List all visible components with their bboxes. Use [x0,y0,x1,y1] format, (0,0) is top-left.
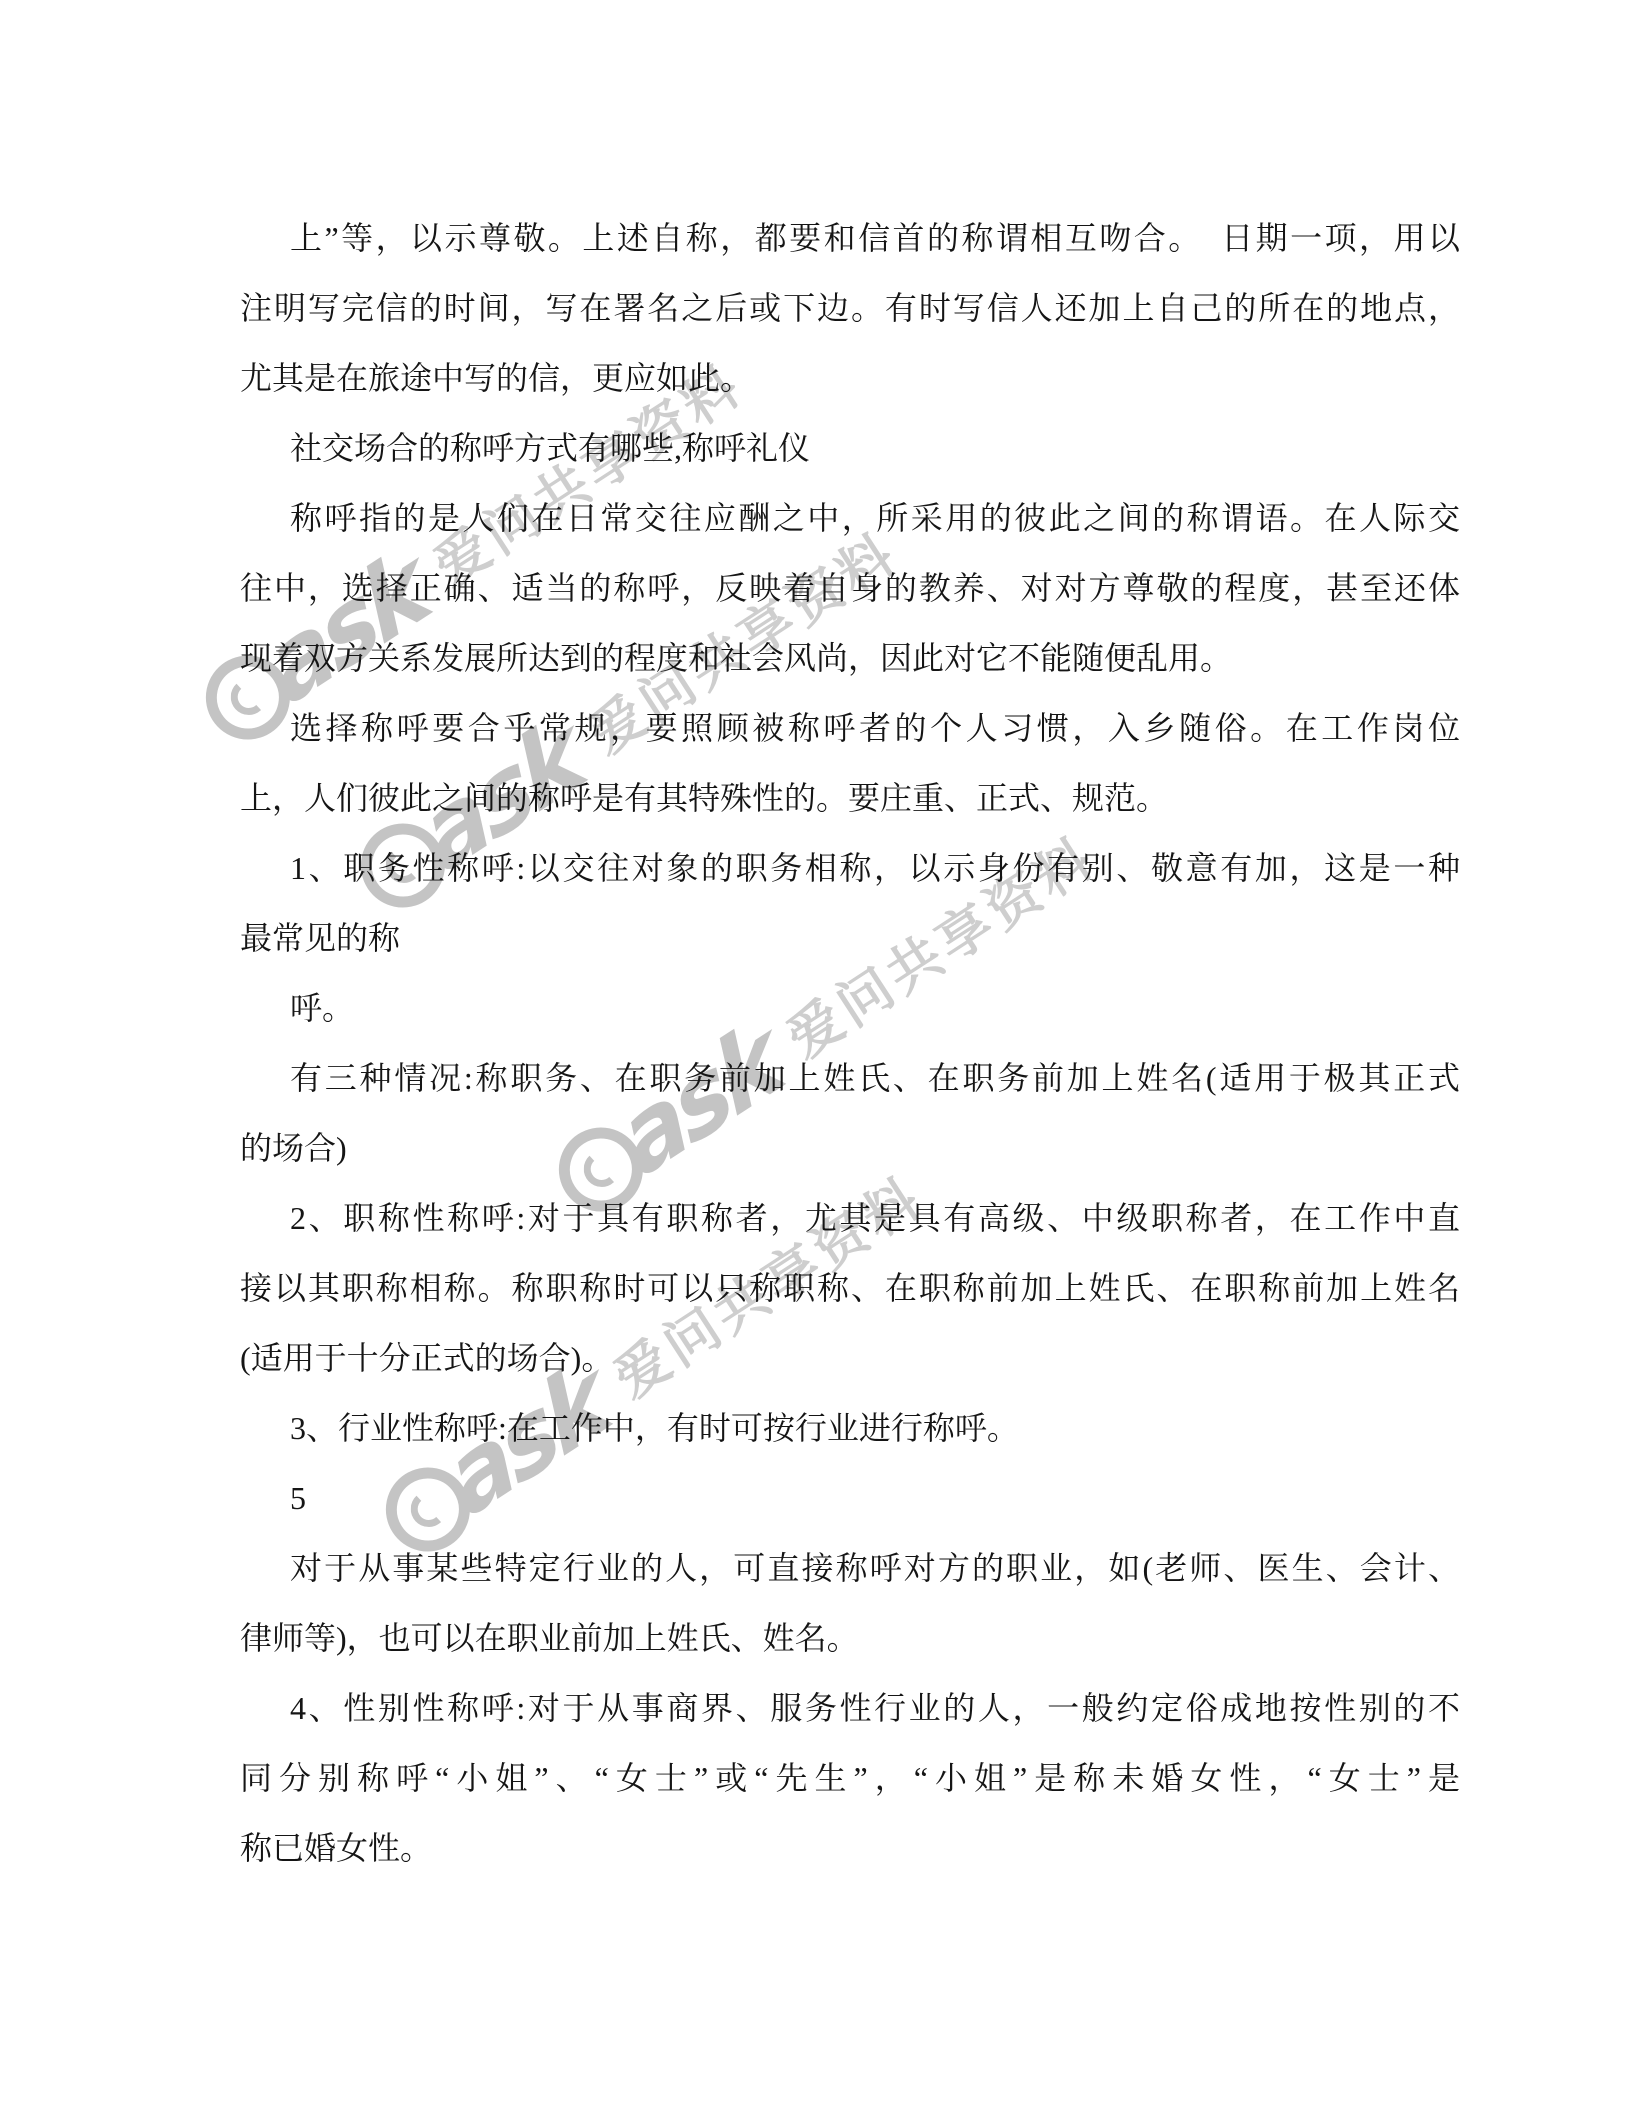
list-item-line: 3、行业性称呼:在工作中，有时可按行业进行称呼。 [240,1393,1460,1463]
text-line: (适用于十分正式的场合)。 [240,1323,1460,1393]
list-item-line: 4、性别性称呼:对于从事商界、服务性行业的人，一般约定俗成地按性别的不 [240,1673,1460,1743]
text-line: 注明写完信的时间，写在署名之后或下边。有时写信人还加上自己的所在的地点， [240,273,1460,343]
text-line: 同分别称呼“小姐”、“女士”或“先生”，“小姐”是称未婚女性，“女士”是 [240,1743,1460,1813]
text-line: 称已婚女性。 [240,1813,1460,1883]
section-title-line: 社交场合的称呼方式有哪些,称呼礼仪 [240,413,1460,483]
text-line: 接以其职称相称。称职称时可以只称职称、在职称前加上姓氏、在职称前加上姓名 [240,1253,1460,1323]
text-line: 有三种情况:称职务、在职务前加上姓氏、在职务前加上姓名(适用于极其正式 [240,1043,1460,1113]
text-line: 最常见的称 [240,903,1460,973]
text-line: 呼。 [240,973,1460,1043]
document-text: 上”等，以示尊敬。上述自称，都要和信首的称谓相互吻合。 日期一项，用以注明写完信… [240,203,1460,1883]
text-line: 的场合) [240,1113,1460,1183]
list-item-line: 1、职务性称呼:以交往对象的职务相称，以示身份有别、敬意有加，这是一种 [240,833,1460,903]
page-number-line: 5 [240,1463,1460,1533]
text-line: 称呼指的是人们在日常交往应酬之中，所采用的彼此之间的称谓语。在人际交 [240,483,1460,553]
text-line: 对于从事某些特定行业的人，可直接称呼对方的职业，如(老师、医生、会计、 [240,1533,1460,1603]
text-line: 律师等)，也可以在职业前加上姓氏、姓名。 [240,1603,1460,1673]
list-item-line: 2、职称性称呼:对于具有职称者，尤其是具有高级、中级职称者，在工作中直 [240,1183,1460,1253]
document-page: ask爱问共享资料ask爱问共享资料ask爱问共享资料ask爱问共享资料 上”等… [0,0,1632,2112]
text-line: 上”等，以示尊敬。上述自称，都要和信首的称谓相互吻合。 日期一项，用以 [240,203,1460,273]
text-line: 现着双方关系发展所达到的程度和社会风尚，因此对它不能随便乱用。 [240,623,1460,693]
text-line: 往中，选择正确、适当的称呼，反映着自身的教养、对对方尊敬的程度，甚至还体 [240,553,1460,623]
text-line: 上，人们彼此之间的称呼是有其特殊性的。要庄重、正式、规范。 [240,763,1460,833]
text-line: 尤其是在旅途中写的信，更应如此。 [240,343,1460,413]
text-line: 选择称呼要合乎常规，要照顾被称呼者的个人习惯，入乡随俗。在工作岗位 [240,693,1460,763]
